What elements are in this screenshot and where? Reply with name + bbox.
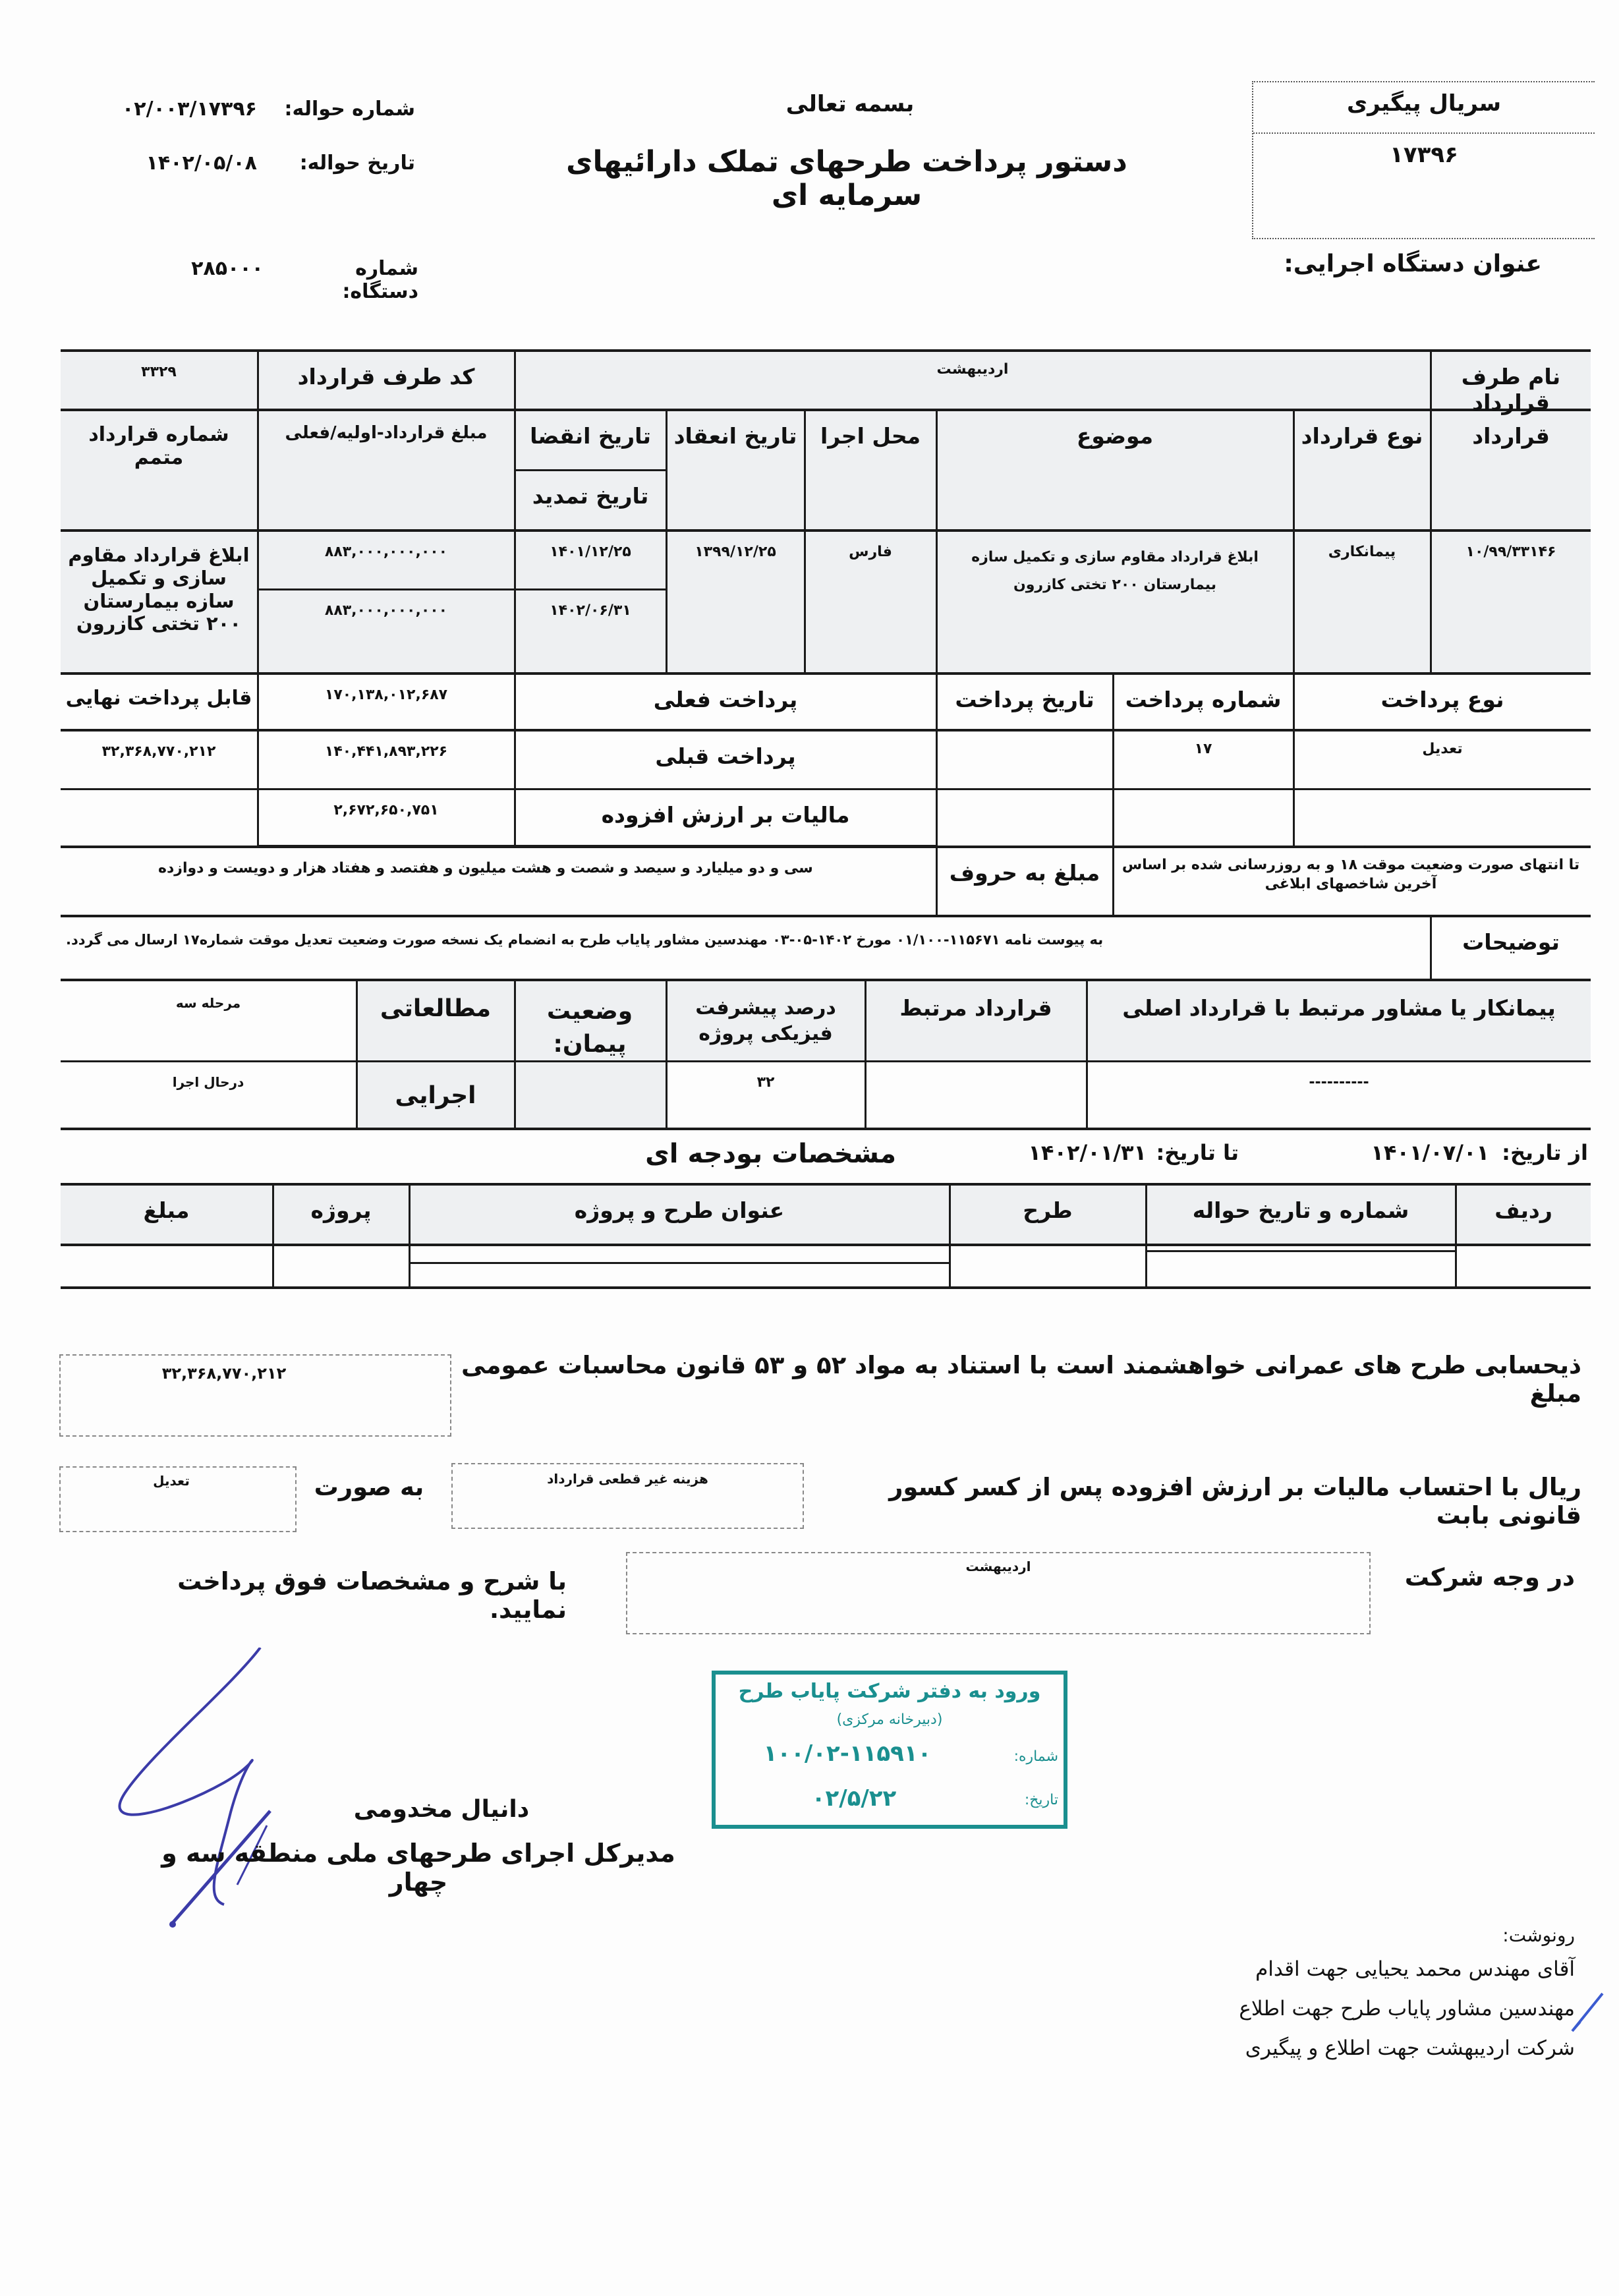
as-label: به صورت [303, 1473, 435, 1501]
budget-col-amount: مبلغ [61, 1186, 272, 1244]
instruction-closing: با شرح و مشخصات فوق پرداخت نمایید. [105, 1567, 567, 1624]
party-name-value: اردیبهشت [515, 352, 1430, 409]
budget-col-project: پروژه [273, 1186, 409, 1244]
study-value: مرحله سه [61, 983, 356, 1060]
previous-payment-value: ۱۴۰,۴۴۱,۸۹۳,۲۲۶ [258, 732, 514, 788]
remittance-number-label: شماره حواله: [283, 98, 415, 121]
supplement-number-value: ابلاغ قرارداد مقاوم سازی و تکمیل سازه بی… [66, 532, 252, 672]
subject-header: موضوع [937, 411, 1293, 529]
expiry-date-value: ۱۴۰۱/۱۲/۲۵ [515, 532, 666, 588]
basis-note: تا انتهای صورت وضعیت موقت ۱۸ و به روزرسا… [1120, 848, 1581, 915]
to-date: ۱۴۰۲/۰۱/۳۱ [1008, 1140, 1147, 1165]
amount-initial-value: ۸۸۳,۰۰۰,۰۰۰,۰۰۰ [258, 532, 514, 588]
payment-date-value [937, 732, 1112, 846]
executive-label: اجرایی [357, 1062, 514, 1128]
tracking-serial: ۱۷۳۹۶ [1253, 142, 1595, 168]
contract-header: قرارداد [1431, 411, 1591, 529]
conclusion-date-header: تاریخ انعقاد [667, 411, 804, 529]
stamp-number-label: شماره: [1014, 1748, 1058, 1765]
remittance-date-label: تاریخ حواله: [283, 152, 415, 175]
conclusion-date-value: ۱۳۹۹/۱۲/۲۵ [667, 532, 804, 672]
signatory-position: مدیرکل اجرای طرحهای ملی منطقه سه و چهار [132, 1839, 705, 1897]
related-contract-value [866, 1062, 1086, 1128]
current-payment-value: ۱۷۰,۱۳۸,۰۱۲,۶۸۷ [258, 675, 514, 729]
checkmark-icon [1568, 1990, 1608, 2036]
cc-item-1: آقای مهندس محمد یحیایی جهت اقدام [1120, 1957, 1575, 1981]
stamp-date: ۰۲/۵/۲۲ [755, 1785, 953, 1812]
as-value: تعدیل [59, 1473, 283, 1489]
study-label: مطالعاتی [357, 983, 514, 1060]
supplement-number-header: شماره قرارداد متمم [61, 411, 257, 529]
payment-date-label: تاریخ پرداخت [937, 675, 1112, 729]
progress-label: درصد پیشرفت فیزیکی پروژه [667, 983, 865, 1060]
budget-col-plan: طرح [950, 1186, 1145, 1244]
contract-type-value: پیمانکاری [1294, 532, 1430, 672]
budget-col-title: عنوان طرح و پروژه [410, 1186, 949, 1244]
final-payable-label: قابل پرداخت نهایی [61, 675, 257, 729]
tracking-serial-label: سریال پیگیری [1253, 90, 1595, 117]
executive-value: درحال اجرا [61, 1062, 356, 1128]
subject-value: ابلاغ قرارداد مقاوم سازی و تکمیل سازه بی… [944, 532, 1286, 672]
instruction-amount: ۳۲,۳۶۸,۷۷۰,۲۱۲ [59, 1364, 389, 1383]
remarks-label: توضیحات [1431, 917, 1591, 979]
final-payable-value: ۳۲,۳۶۸,۷۷۰,۲۱۲ [61, 732, 257, 846]
party-code-value: ۳۳۲۹ [61, 352, 257, 409]
remittance-date: ۱۴۰۲/۰۵/۰۸ [99, 152, 257, 175]
progress-value: ۳۲ [667, 1062, 865, 1128]
agency-number-label: شماره دستگاه: [277, 257, 418, 303]
extension-date-header: تاریخ تمدید [515, 471, 666, 529]
registry-stamp: ورود به دفتر شرکت پایاب طرح (دبیرخانه مر… [712, 1671, 1067, 1829]
amount-current-value: ۸۸۳,۰۰۰,۰۰۰,۰۰۰ [258, 590, 514, 672]
to-company-label: در وجه شرکت [1377, 1563, 1575, 1592]
contractor-label: پیمانکار یا مشاور مرتبط با قرارداد اصلی [1087, 983, 1591, 1060]
cc-item-2: مهندسین مشاور پایاب طرح جهت اطلاع [1120, 1997, 1575, 2021]
to-date-label: تا تاریخ: [1147, 1140, 1239, 1165]
amount-header: مبلغ قرارداد-اولیه/فعلی [258, 411, 514, 529]
payment-number-value: ۱۷ [1114, 732, 1293, 846]
payment-type-label: نوع پرداخت [1294, 675, 1591, 729]
amount-in-words-value: سی و دو میلیارد و سیصد و شصت و هشت میلیو… [158, 848, 843, 915]
party-name-label: نام طرف قرارداد [1431, 352, 1591, 409]
vat-value: ۲,۶۷۲,۶۵۰,۷۵۱ [258, 790, 514, 846]
cc-item-3: شرکت اردیبهشت جهت اطلاع و پیگیری [1120, 2036, 1575, 2060]
stamp-subtitle: (دبیرخانه مرکزی) [716, 1711, 1064, 1728]
budget-col-remittance: شماره و تاریخ حواله [1147, 1186, 1455, 1244]
instruction-line1: ذیحسابی طرح های عمرانی خواهشمند است با ا… [461, 1351, 1581, 1408]
current-payment-label: پرداخت فعلی [515, 675, 936, 729]
instruction-line2: ریال با احتساب مالیات بر ارزش افزوده پس … [817, 1473, 1581, 1530]
tracking-serial-box: سریال پیگیری ۱۷۳۹۶ [1252, 81, 1595, 239]
location-header: محل اجرا [805, 411, 936, 529]
signatory-name: دانیال مخدومی [316, 1796, 567, 1823]
instruction-reason: هزینه غیر قطعی قرارداد [451, 1471, 804, 1487]
payment-number-label: شماره پرداخت [1114, 675, 1293, 729]
stamp-title: ورود به دفتر شرکت پایاب طرح [716, 1680, 1064, 1703]
contract-type-header: نوع قرارداد [1294, 411, 1430, 529]
executive-agency-label: عنوان دستگاه اجرایی: [1252, 250, 1542, 277]
budget-col-row: ردیف [1456, 1186, 1591, 1244]
related-contract-label: قرارداد مرتبط [866, 983, 1086, 1060]
location-value: فارس [805, 532, 936, 672]
remarks-text: به پیوست نامه ۱۱۵۶۷۱-۰۱/۱۰۰ مورخ ۱۴۰۲-۰۵… [66, 917, 1423, 979]
contract-value: ۱۰/۹۹/۳۳۱۴۶ [1431, 532, 1591, 672]
remittance-number: ۰۲/۰۰۳/۱۷۳۹۶ [99, 98, 257, 121]
amount-in-words-label: مبلغ به حروف [937, 848, 1112, 915]
contractor-value: ---------- [1087, 1062, 1591, 1128]
party-code-label: کد طرف قرارداد [258, 352, 514, 409]
budget-title: مشخصات بودجه ای [619, 1139, 896, 1169]
company-value: اردیبهشت [626, 1559, 1371, 1574]
bismillah: بسمه تعالی [758, 91, 942, 117]
previous-payment-label: پرداخت قبلی [515, 732, 936, 788]
agency-number: ۲۸۵۰۰۰ [132, 257, 264, 280]
stamp-number: ۱۰۰/۰۲-۱۱۵۹۱۰ [729, 1740, 966, 1767]
contract-status-label: وضعیت پیمان: [521, 983, 659, 1128]
extension-date-value: ۱۴۰۲/۰۶/۳۱ [515, 590, 666, 672]
page-title: دستور پرداخت طرحهای تملک دارائیهای سرمای… [514, 145, 1179, 212]
from-date-label: از تاریخ: [1496, 1140, 1588, 1165]
cc-label: رونوشت: [1384, 1924, 1575, 1946]
from-date: ۱۴۰۱/۰۷/۰۱ [1344, 1140, 1489, 1165]
expiry-date-header: تاریخ انقضا [515, 411, 666, 469]
payment-type-value: تعدیل [1294, 732, 1591, 846]
stamp-date-label: تاریخ: [1025, 1792, 1058, 1808]
vat-label: مالیات بر ارزش افزوده [515, 790, 936, 846]
